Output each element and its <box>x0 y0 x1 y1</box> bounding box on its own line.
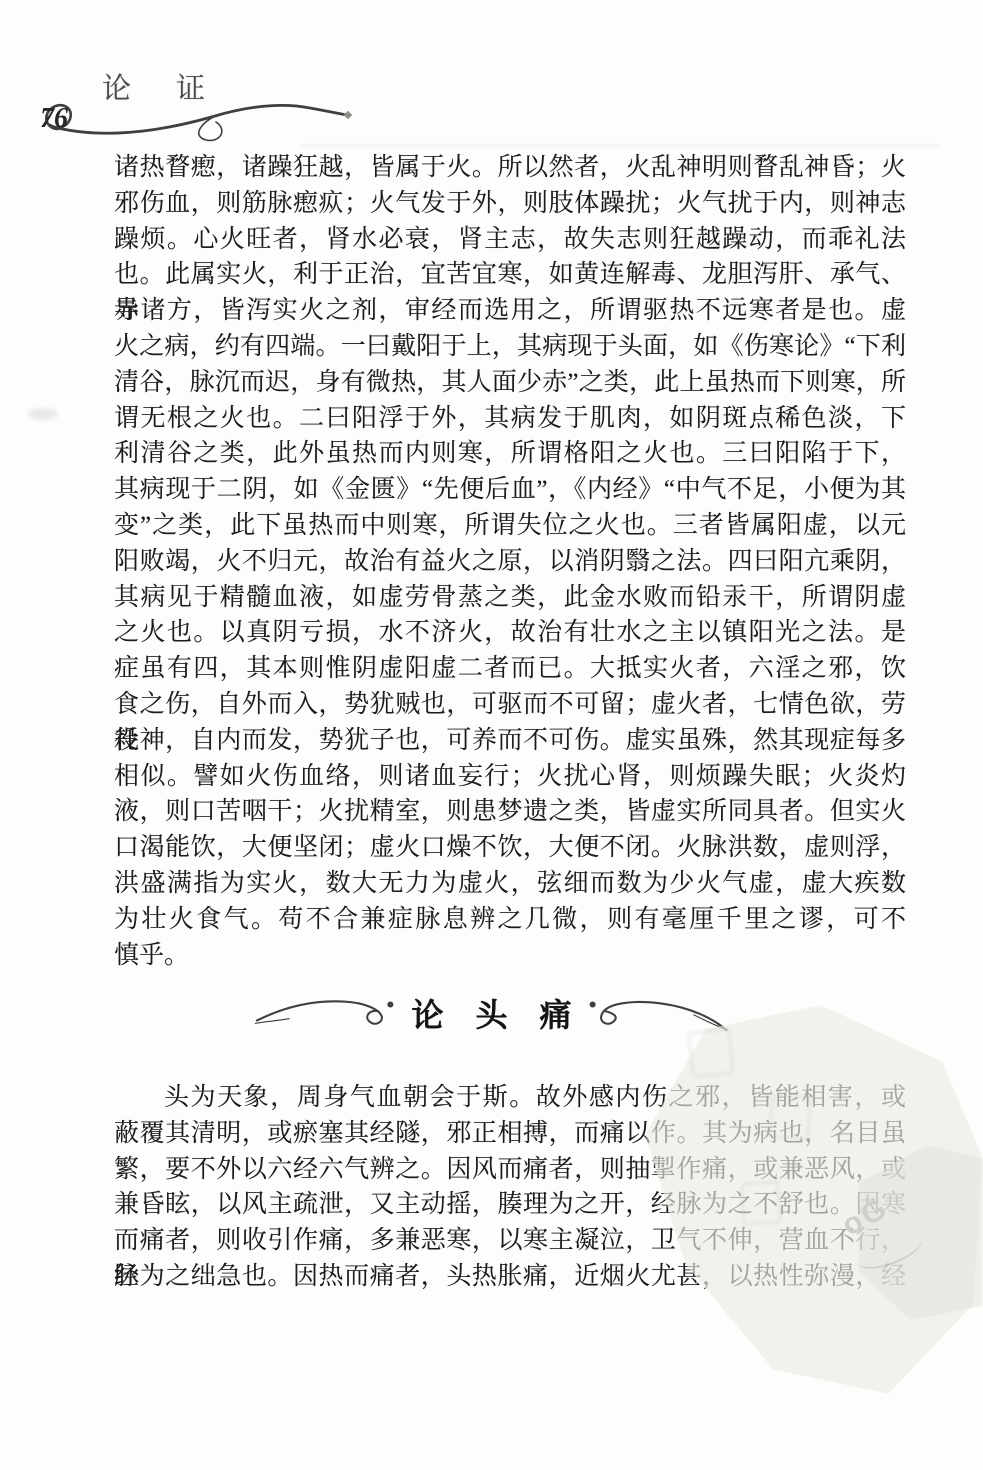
text-line: 邪伤血，则筋脉瘛疭；火气发于外，则肢体躁扰；火气扰于内，则神志 <box>114 186 906 222</box>
page-number: 76 <box>40 103 68 135</box>
text-line: 蔽覆其清明，或瘀塞其经隧，邪正相搏，而痛以作。其为病也，名目虽 <box>114 1116 906 1152</box>
text-line: 口渴能饮，大便坚闭；虚火口燥不饮，大便不闭。火脉洪数，虚则浮， <box>114 830 906 866</box>
text-line: 液，则口苦咽干；火扰精室，则患梦遗之类，皆虚实所同具者。但实火 <box>114 794 906 830</box>
heading-right-flourish-ornament <box>586 991 728 1035</box>
scanned-book-page: 论 证 76 诸热瞀瘛，诸躁狂越，皆属于火。所以然者，火乱神明则瞀乱神昏；火 邪… <box>0 0 983 1470</box>
text-line: 火之病，约有四端。一曰戴阳于上，其病现于头面，如《伤寒论》“下利 <box>114 329 906 365</box>
scan-streak <box>300 144 940 147</box>
text-line: 为壮火食气。苟不合兼症脉息辨之几微，则有毫厘千里之谬，可不 <box>114 902 906 938</box>
text-line: 清谷，脉沉而迟，身有微热，其人面少赤”之类，此上虽热而下则寒，所 <box>114 365 906 401</box>
margin-smudge <box>28 408 58 420</box>
diamond-mark <box>344 111 352 119</box>
text-line: 也。此属实火，利于正治，宜苦宜寒，如黄连解毒、龙胆泻肝、承气、导 <box>114 257 906 293</box>
text-line: 症虽有四，其本则惟阴虚阳虚二者而已。大抵实火者，六淫之邪，饮 <box>114 651 906 687</box>
text-line: 其病现于二阴，如《金匮》“先便后血”，《内经》“中气不足，小便为其 <box>114 472 906 508</box>
text-line: 头为天象，周身气血朝会于斯。故外感内伤之邪，皆能相害，或 <box>114 1080 906 1116</box>
paragraph-lun-zheng: 诸热瞀瘛，诸躁狂越，皆属于火。所以然者，火乱神明则瞀乱神昏；火 邪伤血，则筋脉瘛… <box>114 150 906 973</box>
text-line: 之火也。以真阴亏损，水不济火，故治有壮水之主以镇阳光之法。是 <box>114 615 906 651</box>
text-line: 赤诸方，皆泻实火之剂，审经而选用之，所谓驱热不远寒者是也。虚 <box>114 293 906 329</box>
text-line: 繁，要不外以六经六气辨之。因风而痛者，则抽掣作痛，或兼恶风，或 <box>114 1152 906 1188</box>
text-line: 而痛者，则收引作痛，多兼恶寒，以寒主凝泣，卫气不伸，营血不行，经 <box>114 1223 906 1259</box>
text-line: 诸热瞀瘛，诸躁狂越，皆属于火。所以然者，火乱神明则瞀乱神昏；火 <box>114 150 906 186</box>
text-line: 躁烦。心火旺者，肾水必衰，肾主志，故失志则狂越躁动，而乖礼法 <box>114 222 906 258</box>
text-line: 其病见于精髓血液，如虚劳骨蒸之类，此金水败而铅汞干，所谓阴虚 <box>114 580 906 616</box>
text-line: 利清谷之类，此外虽热而内则寒，所谓格阳之火也。三曰阳陷于下， <box>114 436 906 472</box>
text-line: 食之伤，自外而入，势犹贼也，可驱而不可留；虚火者，七情色欲，劳役 <box>114 687 906 723</box>
text-line: 谓无根之火也。二曰阳浮于外，其病发于肌肉，如阴斑点稀色淡，下 <box>114 401 906 437</box>
text-line: 阳败竭，火不归元，故治有益火之原，以消阴翳之法。四曰阳亢乘阴， <box>114 544 906 580</box>
text-line: 相似。譬如火伤血络，则诸血妄行；火扰心肾，则烦躁失眠；火炎灼 <box>114 759 906 795</box>
running-header: 论 证 <box>102 66 213 107</box>
text-line: 变”之类，此下虽热而中则寒，所谓失位之火也。三者皆属阳虚，以元 <box>114 508 906 544</box>
text-line: 兼昏眩，以风主疏泄，又主动摇，腠理为之开，经脉为之不舒也。因寒 <box>114 1187 906 1223</box>
section-heading-row: 论 头 痛 <box>0 990 983 1036</box>
text-line: 脉为之绌急也。因热而痛者，头热胀痛，近烟火尤甚，以热性弥漫，经 <box>114 1259 906 1295</box>
text-line: 慎乎。 <box>114 938 906 974</box>
text-line: 耗神，自内而发，势犹子也，可养而不可伤。虚实虽殊，然其现症每多 <box>114 723 906 759</box>
paragraph-lun-tou-tong: 头为天象，周身气血朝会于斯。故外感内伤之邪，皆能相害，或 蔽覆其清明，或瘀塞其经… <box>114 1080 906 1295</box>
text-line: 洪盛满指为实火，数大无力为虚火，弦细而数为少火气虚，虚大疾数 <box>114 866 906 902</box>
heading-left-flourish-ornament <box>255 991 397 1035</box>
section-title: 论 头 痛 <box>411 990 571 1036</box>
